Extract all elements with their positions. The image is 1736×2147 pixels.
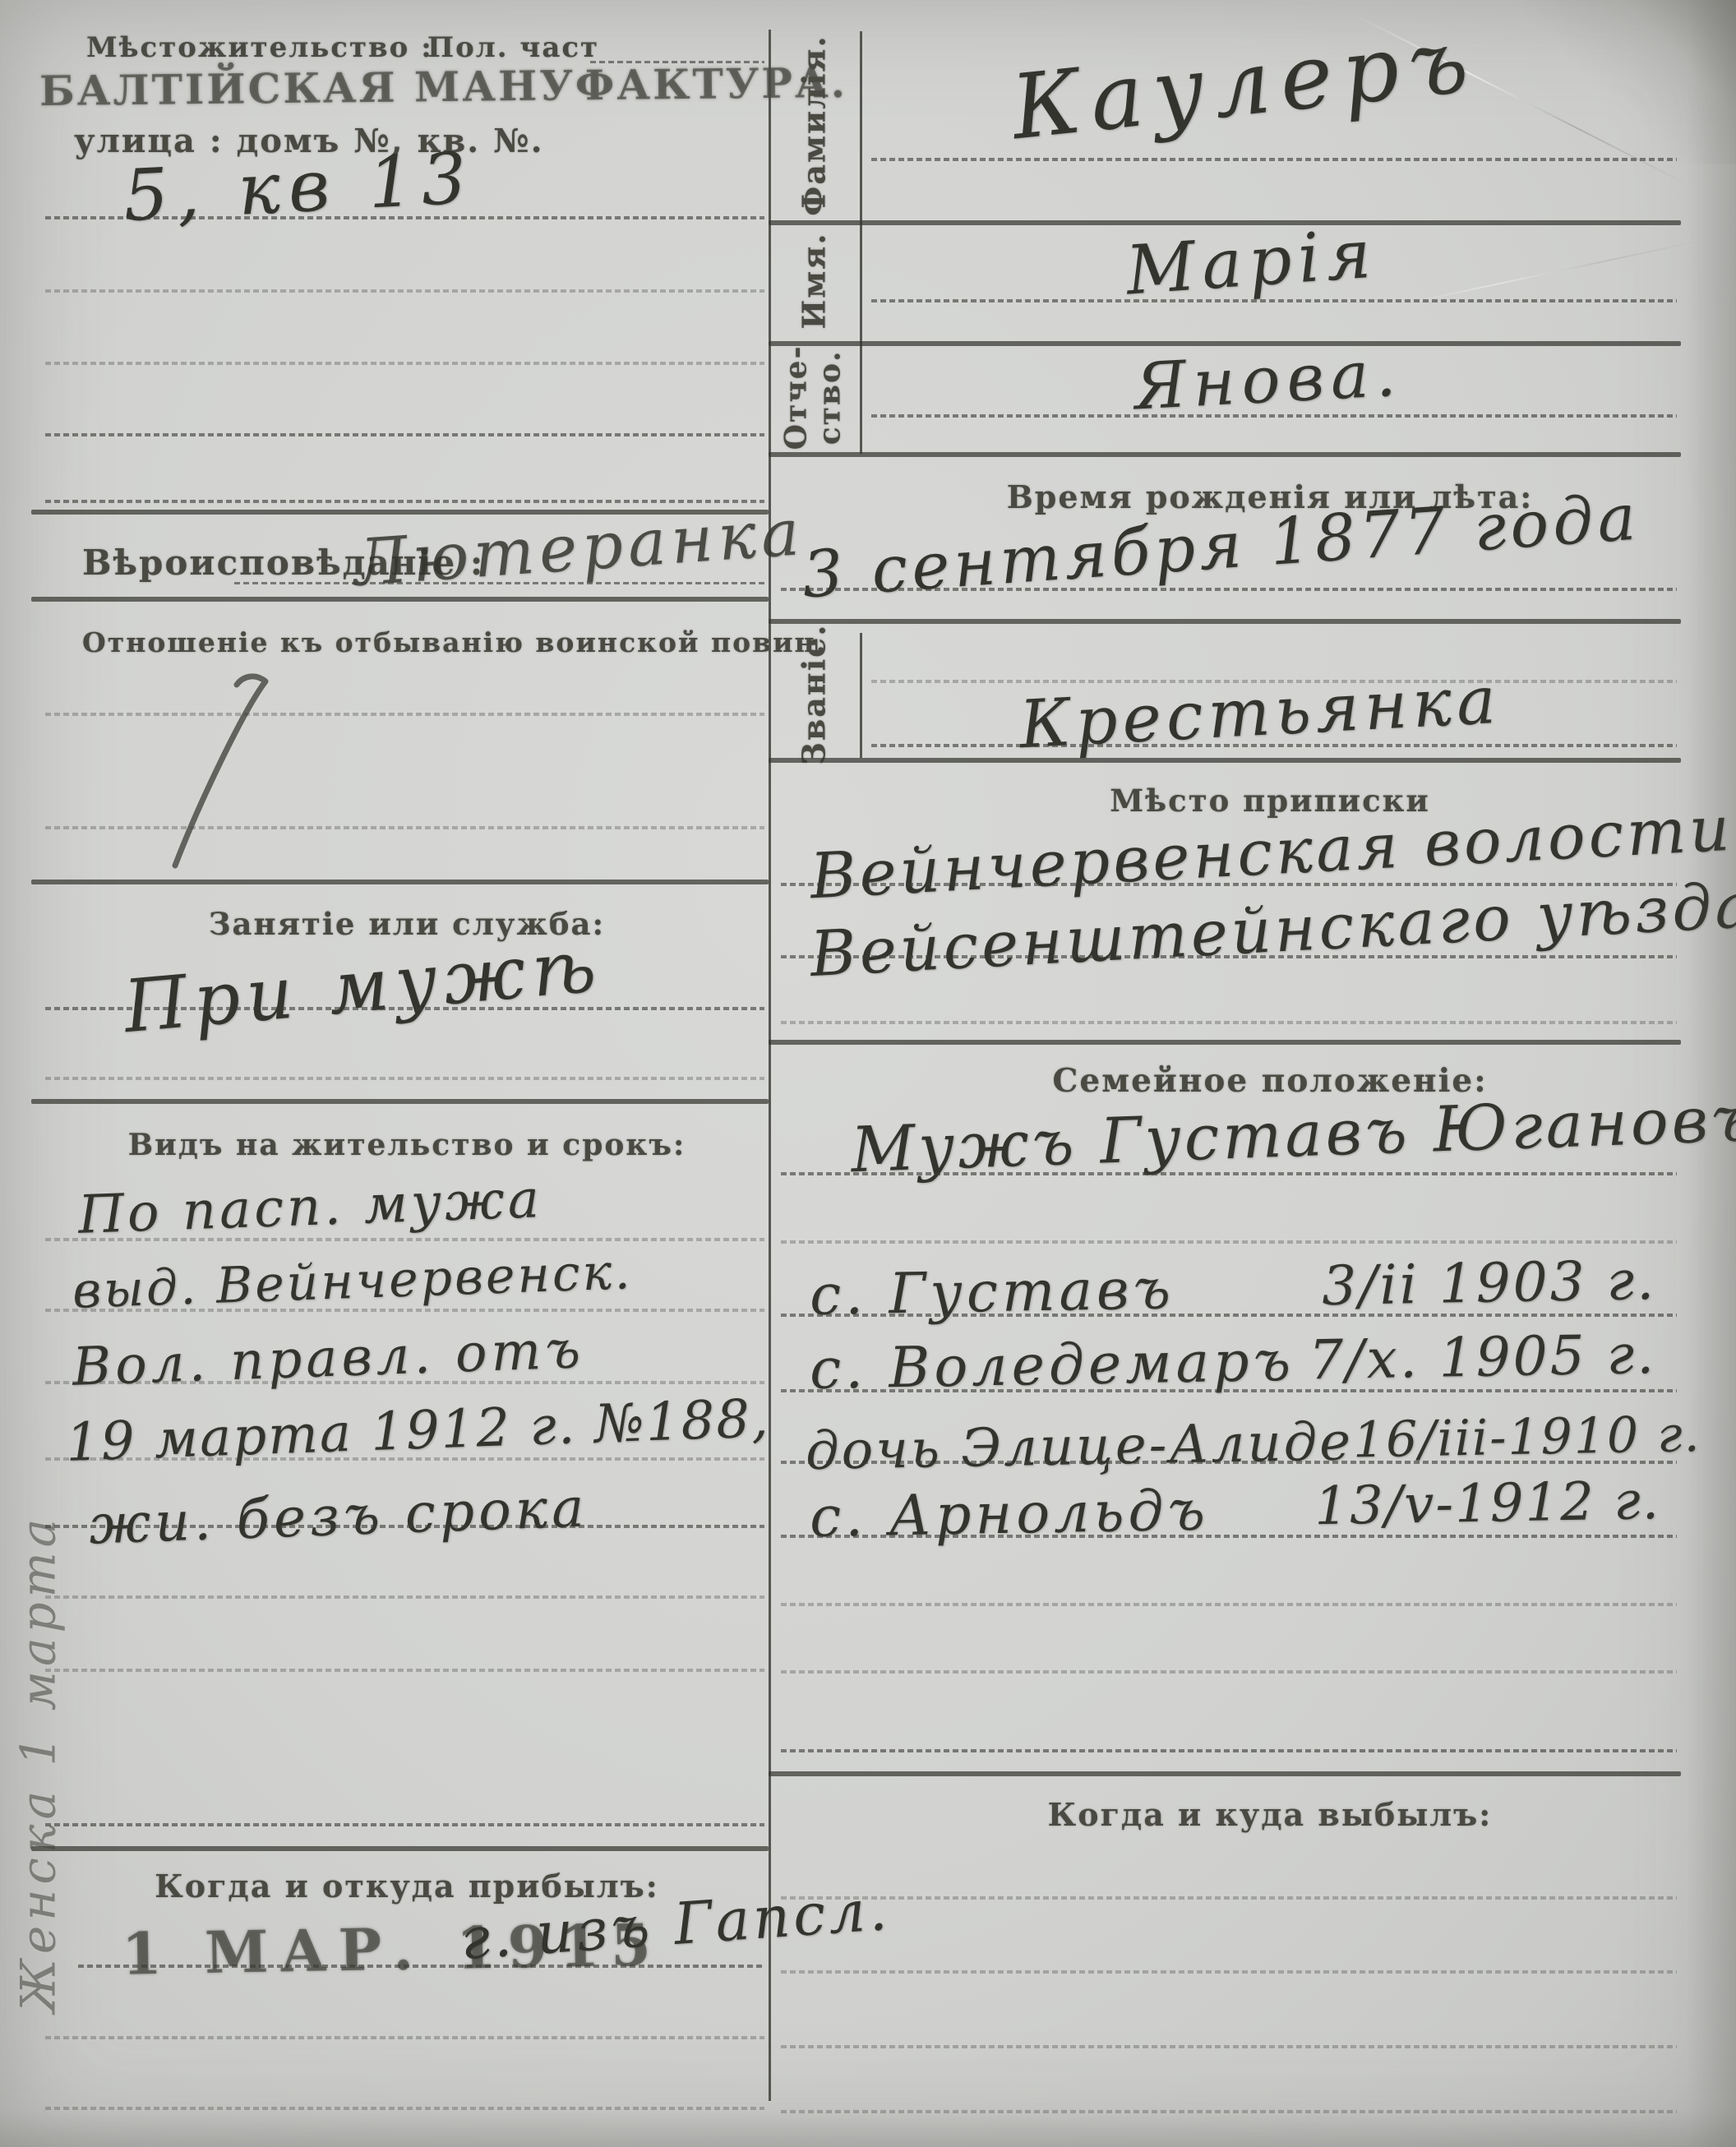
registration-card-scan: Мѣстожительство : Пол. част БАЛТІЙСКАЯ М… [0, 0, 1736, 2147]
rank-value: Крестьянка [1018, 662, 1503, 764]
section-rule [769, 452, 1681, 457]
military-dash-mark [152, 670, 284, 875]
label-cell-divider [860, 31, 862, 220]
section-rule [769, 1040, 1681, 1045]
ruled-line [45, 216, 764, 219]
label-cell-divider [860, 633, 862, 758]
ruled-line [871, 158, 1677, 161]
permit-line-3: Вол. правл. отъ [72, 1319, 585, 1398]
crease-line [1401, 239, 1706, 306]
child-row: с. Арнольдъ 13/v-1912 г. [809, 1471, 1660, 1550]
rank-label: Званіе. [796, 623, 833, 764]
ruled-line [781, 1970, 1677, 1974]
child-name: с. Густавъ [809, 1257, 1175, 1328]
location-label: Мѣстожительство : [86, 31, 433, 64]
ruled-line [781, 955, 1677, 958]
margin-note-cell: Женска 1 марта [0, 1381, 81, 2145]
ruled-line [781, 2110, 1677, 2113]
page-edge-shade [0, 2111, 1736, 2147]
section-rule [31, 880, 769, 884]
ruled-line [781, 588, 1677, 591]
ruled-line [234, 582, 764, 584]
ruled-line [781, 1749, 1677, 1752]
ruled-line [45, 1669, 764, 1672]
police-part-label: Пол. част [427, 31, 599, 64]
label-cell-divider [860, 341, 862, 454]
ruled-line [781, 1603, 1677, 1606]
permit-label: Видъ на жительство и срокъ: [49, 1128, 764, 1162]
child-name: с. Арнольдъ [809, 1479, 1209, 1550]
ruled-line [45, 1077, 764, 1080]
ruled-line [45, 1381, 764, 1384]
name-value: Марія [1124, 215, 1380, 310]
ruled-line [45, 826, 764, 829]
ruled-line [781, 1172, 1677, 1175]
ruled-line [45, 1525, 764, 1528]
ruled-line [45, 1007, 764, 1010]
patronymic-label-cell: Отче- ство. [771, 343, 856, 452]
ruled-line [45, 1457, 764, 1461]
margin-note: Женска 1 марта [10, 1514, 66, 2013]
permit-line-4: 19 марта 1912 г. №188, [65, 1388, 771, 1474]
section-rule [769, 1771, 1681, 1776]
child-date: 13/v-1912 г. [1314, 1471, 1661, 1541]
military-duty-label: Отношеніе къ отбыванію воинской повин. [82, 626, 827, 658]
ruled-line [781, 1535, 1677, 1538]
surname-label: Фамилія. [796, 35, 833, 215]
child-name: дочь Элице-Алиде [805, 1411, 1353, 1482]
ruled-line [78, 1965, 764, 1968]
ruled-line [45, 500, 764, 503]
column-divider [769, 30, 771, 2101]
permit-line-5: жи. безъ срока [88, 1475, 589, 1556]
address-value: 5, кв 13 [122, 137, 477, 238]
ruled-line [45, 2036, 764, 2039]
ruled-line [45, 1309, 764, 1312]
ruled-line [45, 1595, 764, 1599]
section-rule [31, 1099, 769, 1104]
ruled-line [781, 1314, 1677, 1317]
patronymic-value: Янова. [1133, 337, 1404, 425]
label-cell-divider [860, 220, 862, 341]
ruled-line [45, 2107, 764, 2110]
ruled-line [871, 414, 1677, 418]
ruled-line [871, 299, 1677, 302]
child-date: 7/x. 1905 г. [1309, 1323, 1657, 1393]
section-rule [31, 1846, 769, 1851]
ruled-line [45, 1238, 764, 1241]
section-rule [769, 758, 1681, 763]
rank-label-cell: Званіе. [771, 631, 856, 756]
ruled-line [781, 1461, 1677, 1464]
child-row: дочь Элице-Алиде 16/iii-1910 г. [805, 1406, 1660, 1482]
ruled-line [781, 1240, 1677, 1244]
permit-line-1: По пасп. мужа [77, 1169, 543, 1246]
ruled-line [45, 362, 764, 365]
ruled-line [781, 1896, 1677, 1900]
factory-stamp: БАЛТІЙСКАЯ МАНУФАКТУРА. [39, 58, 848, 115]
page-edge-shade [1687, 0, 1736, 2147]
ruled-line [781, 2045, 1677, 2048]
ruled-line [781, 1389, 1677, 1392]
section-rule [769, 220, 1681, 225]
ruled-line [781, 1670, 1677, 1674]
ruled-line [45, 1823, 764, 1826]
ruled-line [45, 289, 764, 293]
ruled-line [871, 744, 1677, 747]
ruled-line [781, 1021, 1677, 1024]
occupation-label: Занятіе или служба: [49, 906, 764, 942]
section-rule [31, 597, 769, 602]
ruled-line [45, 433, 764, 436]
name-label-cell: Имя. [771, 222, 856, 339]
child-date: 3/ii 1903 г. [1322, 1249, 1657, 1319]
surname-label-cell: Фамилія. [771, 33, 856, 217]
name-label: Имя. [796, 232, 833, 329]
patronymic-label: Отче- ство. [780, 345, 848, 450]
section-rule [769, 619, 1681, 624]
departure-label: Когда и куда выбылъ: [863, 1796, 1677, 1833]
surname-value: Каулеръ [1007, 9, 1482, 160]
